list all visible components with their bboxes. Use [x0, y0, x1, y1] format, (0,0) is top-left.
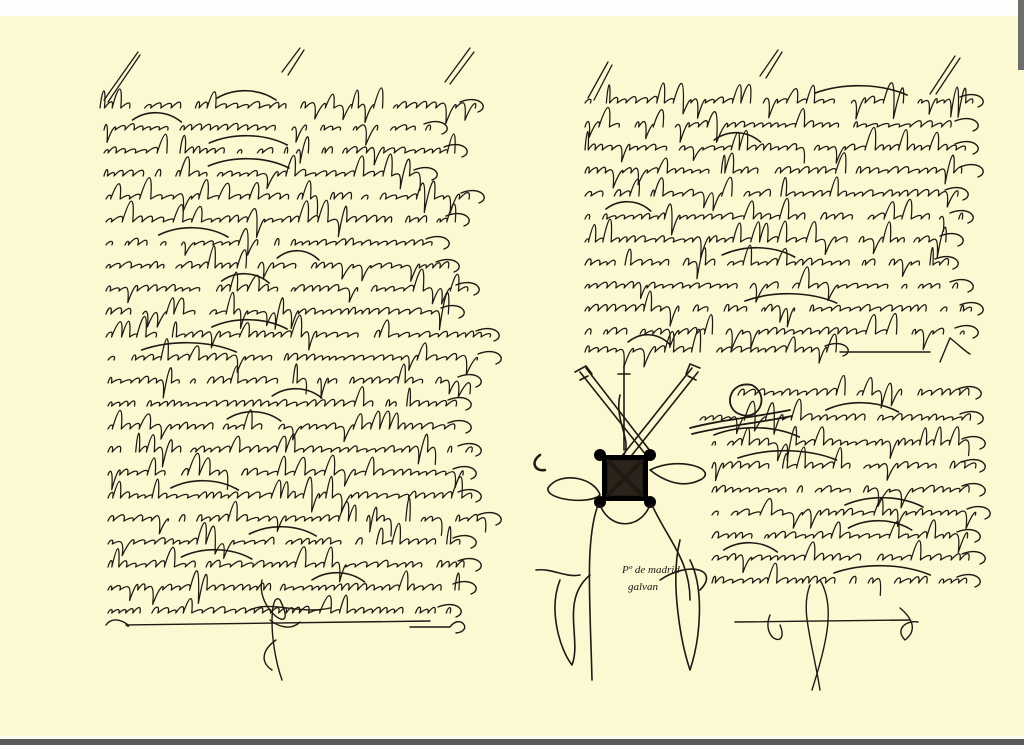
subscription-script-line — [712, 520, 968, 553]
right-script-line — [585, 153, 972, 188]
subscription-rubric — [768, 580, 918, 690]
line-end-flourish — [960, 165, 983, 177]
abbreviation-swash — [277, 251, 319, 260]
abbreviation-swash — [724, 543, 778, 552]
notarial-signature-surname: galvan — [628, 581, 658, 593]
line-end-flourish — [950, 211, 973, 223]
right-script-line — [585, 108, 966, 143]
abbreviation-swash — [714, 133, 760, 142]
line-end-flourish — [955, 119, 978, 131]
line-end-flourish — [476, 329, 499, 341]
abbreviation-swash — [272, 389, 322, 398]
line-end-flourish — [448, 421, 471, 433]
left-script-line — [108, 595, 451, 613]
left-script-line — [106, 178, 485, 215]
subscription-script-line — [712, 447, 976, 481]
abbreviation-swash — [249, 527, 316, 536]
line-end-flourish — [478, 513, 501, 525]
right-script-line — [585, 267, 958, 302]
left-script-line — [108, 547, 475, 582]
line-end-flourish — [453, 536, 476, 548]
left-script-line — [108, 364, 470, 398]
left-script-line — [104, 123, 443, 145]
abbreviation-swash — [714, 428, 799, 437]
subscription-rubric-line — [735, 620, 910, 622]
left-script-line — [108, 571, 459, 605]
left-script-line — [108, 523, 460, 559]
abbreviation-swash — [312, 573, 365, 582]
abbreviation-swash — [208, 159, 289, 168]
notarial-sign — [535, 364, 707, 680]
line-end-flourish — [940, 234, 963, 246]
right-script-line — [585, 291, 972, 327]
abbreviation-swash — [834, 566, 930, 575]
manuscript-ink: Pº de madrid galvan — [0, 0, 1024, 745]
line-end-flourish — [478, 352, 501, 364]
abbreviation-swash — [628, 335, 669, 344]
line-end-flourish — [960, 95, 983, 107]
line-end-flourish — [458, 559, 481, 571]
right-script-line — [585, 177, 958, 211]
abbreviation-swash — [142, 343, 237, 352]
subscription-script-line — [712, 563, 967, 595]
pen-strokes-left-top — [104, 48, 474, 102]
line-end-flourish — [453, 582, 476, 594]
abbreviation-swash — [849, 521, 912, 530]
abbreviation-swash — [845, 498, 923, 507]
left-script-line — [100, 88, 476, 124]
left-page-script — [100, 88, 501, 633]
line-end-flourish — [962, 552, 985, 564]
subscription-script-line — [712, 498, 976, 528]
right-script-line — [585, 245, 949, 279]
left-script-line — [108, 476, 472, 512]
line-end-flourish — [962, 484, 985, 496]
line-end-flourish — [414, 168, 437, 180]
scanned-document: Pº de madrid galvan E yo el dicho … de m… — [0, 0, 1024, 745]
line-end-flourish — [426, 237, 449, 249]
line-end-flourish — [945, 188, 968, 200]
right-script-line — [585, 219, 961, 257]
notarial-signature-name: Pº de madrid — [621, 564, 680, 576]
subscription-script — [700, 376, 990, 622]
right-script-line — [585, 83, 973, 119]
abbreviation-swash — [132, 113, 181, 122]
subscription-script-line — [712, 485, 969, 508]
line-end-flourish — [957, 530, 980, 542]
left-script-line — [106, 229, 432, 256]
line-end-flourish — [955, 326, 978, 338]
line-end-flourish — [446, 214, 469, 226]
abbreviation-swash — [227, 412, 281, 421]
line-end-flourish — [453, 467, 476, 479]
subscription-script-line — [712, 541, 969, 573]
left-script-line — [108, 453, 463, 490]
line-end-flourish — [962, 437, 985, 449]
abbreviation-swash — [209, 136, 287, 145]
left-script-line — [106, 200, 466, 237]
line-end-flourish — [441, 306, 464, 318]
right-closing-flourish — [840, 338, 970, 362]
line-end-flourish — [461, 191, 484, 203]
abbreviation-swash — [606, 202, 651, 211]
right-script-line — [585, 314, 964, 350]
right-page-script — [585, 83, 983, 368]
left-script-line — [108, 498, 486, 536]
left-script-line — [108, 387, 457, 406]
right-script-line — [585, 127, 965, 163]
left-script-line — [108, 433, 472, 467]
left-script-line — [106, 246, 459, 281]
right-script-line — [585, 329, 836, 367]
line-end-flourish — [967, 507, 990, 519]
left-script-line — [104, 134, 455, 165]
abbreviation-swash — [159, 228, 228, 237]
abbreviation-swash — [222, 274, 269, 283]
right-script-line — [585, 198, 963, 234]
left-script-line — [108, 410, 455, 442]
line-end-flourish — [438, 605, 461, 617]
line-end-flourish — [424, 122, 447, 134]
subscription-script-line — [712, 427, 969, 461]
line-end-flourish — [448, 398, 471, 410]
line-end-flourish — [458, 444, 481, 456]
line-end-flourish — [458, 375, 481, 387]
abbreviation-swash — [826, 403, 899, 412]
left-rubric — [250, 580, 330, 680]
abbreviation-swash — [217, 91, 276, 100]
